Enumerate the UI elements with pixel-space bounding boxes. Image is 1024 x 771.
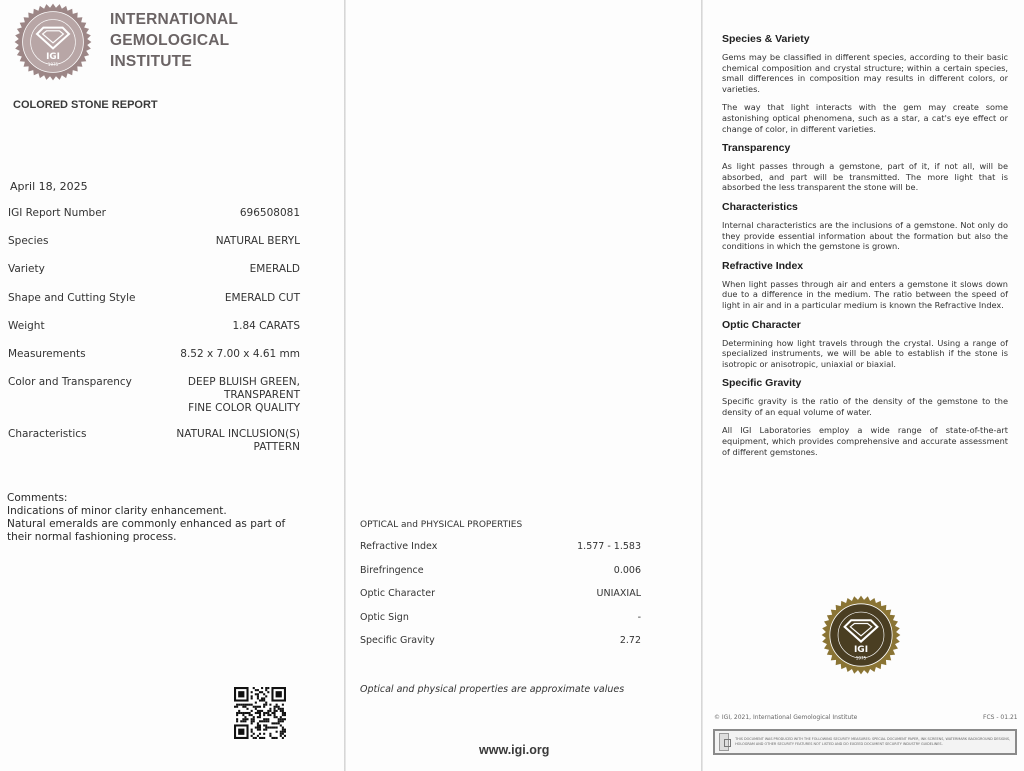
field-label: Measurements [8,348,86,360]
comment-line: their normal fashioning process. [7,531,285,544]
info-paragraph: Specific gravity is the ratio of the den… [722,396,1008,417]
info-section: Optic CharacterDetermining how light tra… [722,319,1008,370]
svg-text:IGI: IGI [46,52,60,62]
igi-seal-gold-icon: IGI1975 [818,594,904,676]
info-section: Specific GravitySpecific gravity is the … [722,377,1008,457]
info-heading: Characteristics [722,201,1008,213]
field-row: CharacteristicsNATURAL INCLUSION(S)PATTE… [8,428,300,454]
info-paragraph: When light passes through air and enters… [722,279,1008,311]
field-label: Weight [8,320,45,332]
field-value: NATURAL BERYL [216,235,300,248]
info-heading: Optic Character [722,319,1008,331]
security-notice: THIS DOCUMENT WAS PRODUCED WITH THE FOLL… [713,729,1017,755]
info-paragraph: Determining how light travels through th… [722,338,1008,370]
form-code: FCS - 01.21 [983,714,1018,721]
field-row: Weight1.84 CARATS [8,320,300,333]
info-heading: Refractive Index [722,260,1008,272]
info-paragraph: Internal characteristics are the inclusi… [722,220,1008,252]
field-label: IGI Report Number [8,207,106,219]
properties-table: Refractive Index1.577 - 1.583Birefringen… [360,541,641,659]
field-row: SpeciesNATURAL BERYL [8,235,300,248]
property-row: Optic CharacterUNIAXIAL [360,588,641,612]
igi-seal-icon: IGI1975 [10,2,96,82]
property-row: Refractive Index1.577 - 1.583 [360,541,641,565]
property-row: Birefringence0.006 [360,565,641,589]
property-label: Optic Sign [360,612,409,636]
field-value: EMERALD CUT [225,292,300,305]
comments-label: Comments: [7,492,285,505]
document-lock-icon [719,733,729,751]
info-section: Species & VarietyGems may be classified … [722,33,1008,134]
property-label: Optic Character [360,588,435,612]
institute-name: INTERNATIONAL GEMOLOGICAL INSTITUTE [110,9,238,72]
property-label: Birefringence [360,565,424,589]
field-row: Color and TransparencyDEEP BLUISH GREEN,… [8,376,300,415]
property-value: 0.006 [614,565,641,589]
report-date: April 18, 2025 [10,180,88,193]
qr-code[interactable] [234,687,286,739]
property-value: 2.72 [620,635,641,659]
info-section: Refractive IndexWhen light passes throug… [722,260,1008,311]
field-value: 696508081 [240,207,300,220]
comment-line: Natural emeralds are commonly enhanced a… [7,518,285,531]
copyright: © IGI, 2021, International Gemological I… [714,714,857,721]
property-value: - [638,612,641,636]
field-row: Shape and Cutting StyleEMERALD CUT [8,292,300,305]
field-value: 8.52 x 7.00 x 4.61 mm [180,348,300,361]
field-row: Measurements8.52 x 7.00 x 4.61 mm [8,348,300,361]
property-label: Specific Gravity [360,635,435,659]
property-value: UNIAXIAL [597,588,641,612]
property-row: Specific Gravity2.72 [360,635,641,659]
property-label: Refractive Index [360,541,437,565]
info-sections: Species & VarietyGems may be classified … [722,33,1008,465]
info-paragraph: All IGI Laboratories employ a wide range… [722,425,1008,457]
field-label: Characteristics [8,428,87,440]
info-heading: Species & Variety [722,33,1008,45]
fold-divider [701,0,703,771]
properties-title: OPTICAL and PHYSICAL PROPERTIES [360,520,522,530]
property-value: 1.577 - 1.583 [577,541,641,565]
comments: Comments: Indications of minor clarity e… [7,492,285,544]
property-row: Optic Sign- [360,612,641,636]
svg-text:1975: 1975 [856,656,867,661]
field-label: Color and Transparency [8,376,132,388]
website-link[interactable]: www.igi.org [479,743,549,757]
info-section: TransparencyAs light passes through a ge… [722,142,1008,193]
field-label: Variety [8,263,45,275]
field-value: 1.84 CARATS [232,320,300,333]
info-paragraph: As light passes through a gemstone, part… [722,161,1008,193]
info-heading: Transparency [722,142,1008,154]
report-type: COLORED STONE REPORT [13,99,158,111]
field-row: VarietyEMERALD [8,263,300,276]
svg-text:1975: 1975 [48,62,59,67]
comment-line: Indications of minor clarity enhancement… [7,505,285,518]
field-value: NATURAL INCLUSION(S)PATTERN [176,428,300,454]
properties-note: Optical and physical properties are appr… [360,684,624,695]
field-label: Shape and Cutting Style [8,292,135,304]
fold-divider [344,0,346,771]
info-section: CharacteristicsInternal characteristics … [722,201,1008,252]
field-value: EMERALD [250,263,300,276]
security-text: THIS DOCUMENT WAS PRODUCED WITH THE FOLL… [735,737,1015,747]
field-label: Species [8,235,48,247]
svg-text:IGI: IGI [854,645,868,655]
info-heading: Specific Gravity [722,377,1008,389]
field-value: DEEP BLUISH GREEN,TRANSPARENTFINE COLOR … [188,376,300,415]
field-row: IGI Report Number696508081 [8,207,300,220]
info-paragraph: Gems may be classified in different spec… [722,52,1008,94]
info-paragraph: The way that light interacts with the ge… [722,102,1008,134]
